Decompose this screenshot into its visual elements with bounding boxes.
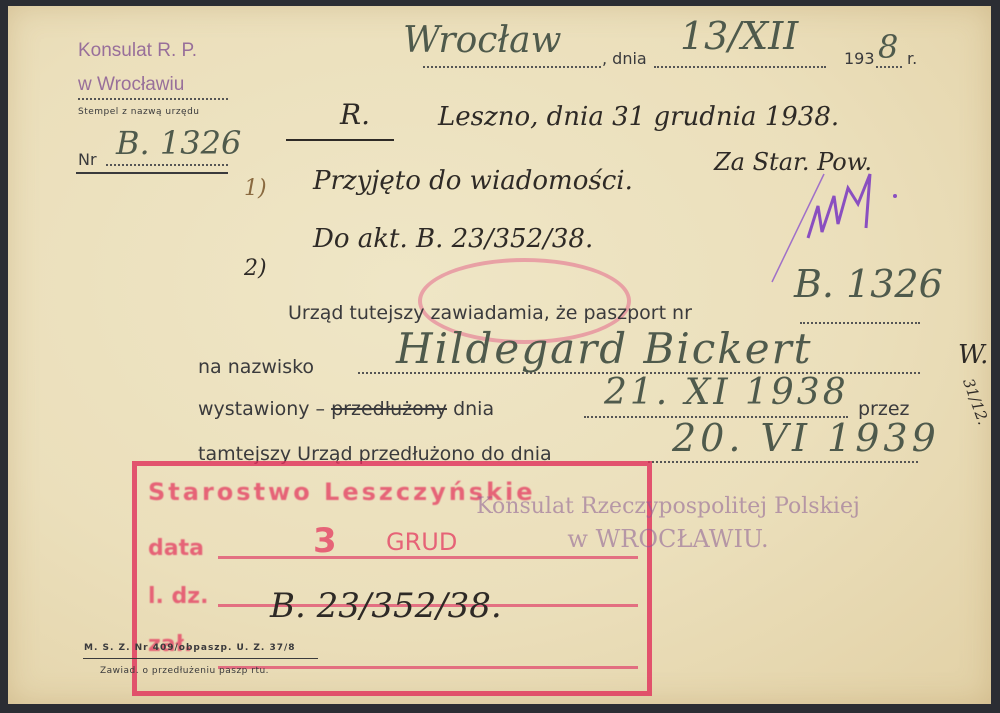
- red-stamp-ldz-label: l. dz.: [148, 584, 208, 609]
- form-line1: Urząd tutejszy zawiadamia, że paszport n…: [288, 302, 692, 324]
- stamp-dotted-line: [78, 98, 228, 100]
- form-code: M. S. Z. Nr 409/obpaszp. U. Z. 37/8: [84, 643, 296, 653]
- struck-extended-word: przedłużony: [331, 398, 447, 420]
- red-stamp-file-number: B. 23/352/38.: [270, 586, 502, 626]
- annotation-item2: Do akt. B. 23/352/38.: [313, 224, 593, 254]
- annotation-location-date: Leszno, dnia 31 grudnia 1938.: [438, 102, 839, 132]
- year-suffix: 8: [878, 28, 898, 66]
- passport-number: B. 1326: [794, 262, 943, 306]
- year-prefix: 193: [844, 49, 875, 68]
- reference-label: Nr: [78, 150, 97, 169]
- extended-date: 20. VI 1939: [672, 416, 940, 460]
- violet-consulate-stamp: Konsulat Rzeczypospolitej Polskiej w WRO…: [418, 494, 918, 553]
- office-stamp: Konsulat R. P. w Wrocławiu: [78, 34, 197, 102]
- violet-stamp-line1: Konsulat Rzeczypospolitej Polskiej: [418, 494, 918, 519]
- violet-stamp-line2: w WROCŁAWIU.: [418, 525, 918, 553]
- reference-underline: [76, 172, 228, 174]
- annotation-item1: Przyjęto do wiadomości.: [313, 166, 633, 196]
- issued-date: 21. XI 1938: [604, 372, 849, 413]
- form-title: Zawiad. o przedłużeniu paszp rtu.: [100, 666, 269, 676]
- stamp-caption: Stempel z nazwą urzędu: [78, 107, 200, 117]
- place-dotted-line: [423, 66, 601, 68]
- margin-note-w: W.: [958, 340, 988, 370]
- surname-value: Hildegard Bickert: [396, 324, 813, 373]
- passport-dotted-line: [800, 322, 920, 324]
- footer-rule: [83, 658, 318, 659]
- issued-dnia: dnia: [453, 398, 494, 420]
- r-label: r.: [907, 49, 917, 68]
- annotation-item2-number: 2): [244, 256, 267, 281]
- red-stamp-data-label: data: [148, 536, 204, 561]
- date-value: 13/XII: [680, 14, 798, 58]
- office-stamp-line2: w Wrocławiu: [78, 68, 197, 102]
- office-stamp-line1: Konsulat R. P.: [78, 34, 197, 68]
- reference-dotted-line: [106, 164, 228, 166]
- date-dotted-line: [654, 66, 826, 68]
- year-dotted-line: [876, 66, 902, 68]
- extended-dotted-line: [648, 461, 918, 463]
- issued-line: wystawiony – przedłużony dnia: [198, 398, 494, 420]
- issued-prefix: wystawiony –: [198, 398, 325, 420]
- dnia-label: , dnia: [602, 49, 647, 68]
- annotation-header: R.: [340, 98, 370, 131]
- surname-label: na nazwisko: [198, 356, 314, 378]
- red-stamp-day: 3: [313, 521, 337, 561]
- red-stamp-zal-line: [218, 666, 638, 669]
- place-value: Wrocław: [403, 20, 561, 61]
- annotation-item1-number: 1): [244, 176, 267, 201]
- annotation-header-rule: [286, 139, 394, 141]
- reference-value: B. 1326: [116, 124, 241, 162]
- red-stamp-data-line: [218, 556, 638, 559]
- passport-notification-card: Konsulat R. P. w Wrocławiu Stempel z naz…: [8, 6, 991, 704]
- margin-note-date: 31/12.: [959, 376, 992, 427]
